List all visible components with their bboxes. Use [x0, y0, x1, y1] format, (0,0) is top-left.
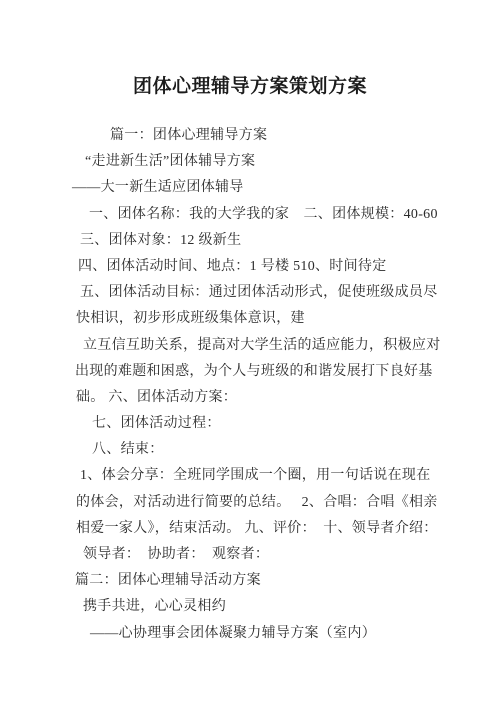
doc-line: ——大一新生适应团体辅导 — [0, 175, 500, 201]
doc-line: 一、团体名称：我的大学我的家 二、团体规模：40-60 — [0, 202, 500, 228]
doc-line: 八、结束： — [0, 437, 500, 463]
doc-line: 的体会，对活动进行简要的总结。 2、合唱：合唱《相亲 — [0, 490, 500, 516]
doc-line: 三、团体对象：12 级新生 — [0, 228, 500, 254]
doc-line: 出现的难题和困惑，为个人与班级的和谐发展打下良好基 — [0, 359, 500, 385]
doc-line: “走进新生活”团体辅导方案 — [0, 149, 500, 175]
document-page: 团体心理辅导方案策划方案 篇一：团体心理辅导方案 “走进新生活”团体辅导方案 —… — [0, 0, 500, 708]
doc-line: 篇二：团体心理辅导活动方案 — [0, 568, 500, 594]
doc-line: 领导者： 协助者： 观察者： — [0, 542, 500, 568]
doc-line: 相爱一家人》，结束活动。 九、评价： 十、领导者介绍： — [0, 516, 500, 542]
doc-line: ——心协理事会团体凝聚力辅导方案（室内） — [0, 621, 500, 647]
doc-line: 1、体会分享：全班同学围成一个圈，用一句话说在现在 — [0, 463, 500, 489]
doc-line: 快相识，初步形成班级集体意识，建 — [0, 306, 500, 332]
doc-line: 础。 六、团体活动方案： — [0, 385, 500, 411]
doc-line: 四、团体活动时间、地点：1 号楼 510、时间待定 — [0, 254, 500, 280]
doc-line: 五、团体活动目标：通过团体活动形式，促使班级成员尽 — [0, 280, 500, 306]
doc-line: 立互信互助关系，提高对大学生活的适应能力，积极应对 — [0, 333, 500, 359]
doc-line: 篇一：团体心理辅导方案 — [0, 123, 500, 149]
doc-line: 七、团体活动过程： — [0, 411, 500, 437]
document-title: 团体心理辅导方案策划方案 — [0, 74, 500, 98]
doc-line: 携手共进，心心灵相约 — [0, 594, 500, 620]
document-body: 篇一：团体心理辅导方案 “走进新生活”团体辅导方案 ——大一新生适应团体辅导 一… — [0, 123, 500, 647]
